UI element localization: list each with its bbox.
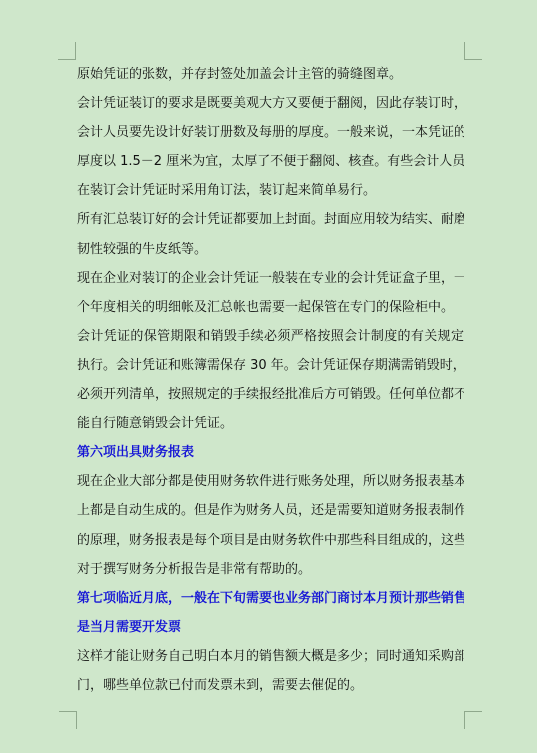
- text-line: 对于撰写财务分析报告是非常有帮助的。: [77, 555, 464, 584]
- text-line: 现在企业大部分都是使用财务软件进行账务处理，所以财务报表基本: [77, 467, 464, 496]
- text-line: 会计凭证装订的要求是既要美观大方又要便于翻阅，因此存装订时，: [77, 89, 464, 118]
- text-line: 会计人员要先设计好装订册数及每册的厚度。一般来说，一本凭证的: [77, 118, 464, 147]
- section-heading-7-cont: 是当月需要开发票: [77, 613, 464, 642]
- text-line: 厚度以 1.5－2 厘米为宜，太厚了不便于翻阅、核查。有些会计人员: [77, 147, 464, 176]
- document-body: 原始凭证的张数，并存封签处加盖会计主管的骑缝图章。 会计凭证装订的要求是既要美观…: [77, 60, 464, 700]
- top-right-margin-mark: [464, 42, 482, 60]
- text-line: 必须开列清单，按照规定的手续报经批准后方可销毁。任何单位都不: [77, 380, 464, 409]
- bottom-right-margin-mark: [464, 711, 482, 729]
- text-line: 所有汇总装订好的会计凭证都要加上封面。封面应用较为结实、耐磨、: [77, 205, 464, 234]
- text-line: 上都是自动生成的。但是作为财务人员，还是需要知道财务报表制作: [77, 496, 464, 525]
- text-line: 个年度相关的明细帐及汇总帐也需要一起保管在专门的保险柜中。: [77, 293, 464, 322]
- top-left-margin-mark: [58, 42, 76, 60]
- text-line: 会计凭证的保管期限和销毁手续必须严格按照会计制度的有关规定: [77, 322, 464, 351]
- section-heading-7: 第七项临近月底，一般在下旬需要也业务部门商讨本月预计那些销售: [77, 584, 464, 613]
- text-line: 韧性较强的牛皮纸等。: [77, 235, 464, 264]
- section-heading-6: 第六项出具财务报表: [77, 438, 464, 467]
- text-line: 这样才能让财务自己明白本月的销售额大概是多少；同时通知采购部: [77, 642, 464, 671]
- text-line: 原始凭证的张数，并存封签处加盖会计主管的骑缝图章。: [77, 60, 464, 89]
- text-line: 现在企业对装订的企业会计凭证一般装在专业的会计凭证盒子里，一: [77, 264, 464, 293]
- text-line: 的原理，财务报表是每个项目是由财务软件中那些科目组成的，这些: [77, 526, 464, 555]
- text-line: 能自行随意销毁会计凭证。: [77, 409, 464, 438]
- bottom-left-margin-mark: [59, 711, 77, 729]
- text-line: 门，哪些单位款已付而发票未到，需要去催促的。: [77, 671, 464, 700]
- text-line: 在装订会计凭证时采用角订法，装订起来简单易行。: [77, 176, 464, 205]
- document-page: 原始凭证的张数，并存封签处加盖会计主管的骑缝图章。 会计凭证装订的要求是既要美观…: [0, 0, 537, 753]
- text-line: 执行。会计凭证和账簿需保存 30 年。会计凭证保存期满需销毁时，: [77, 351, 464, 380]
